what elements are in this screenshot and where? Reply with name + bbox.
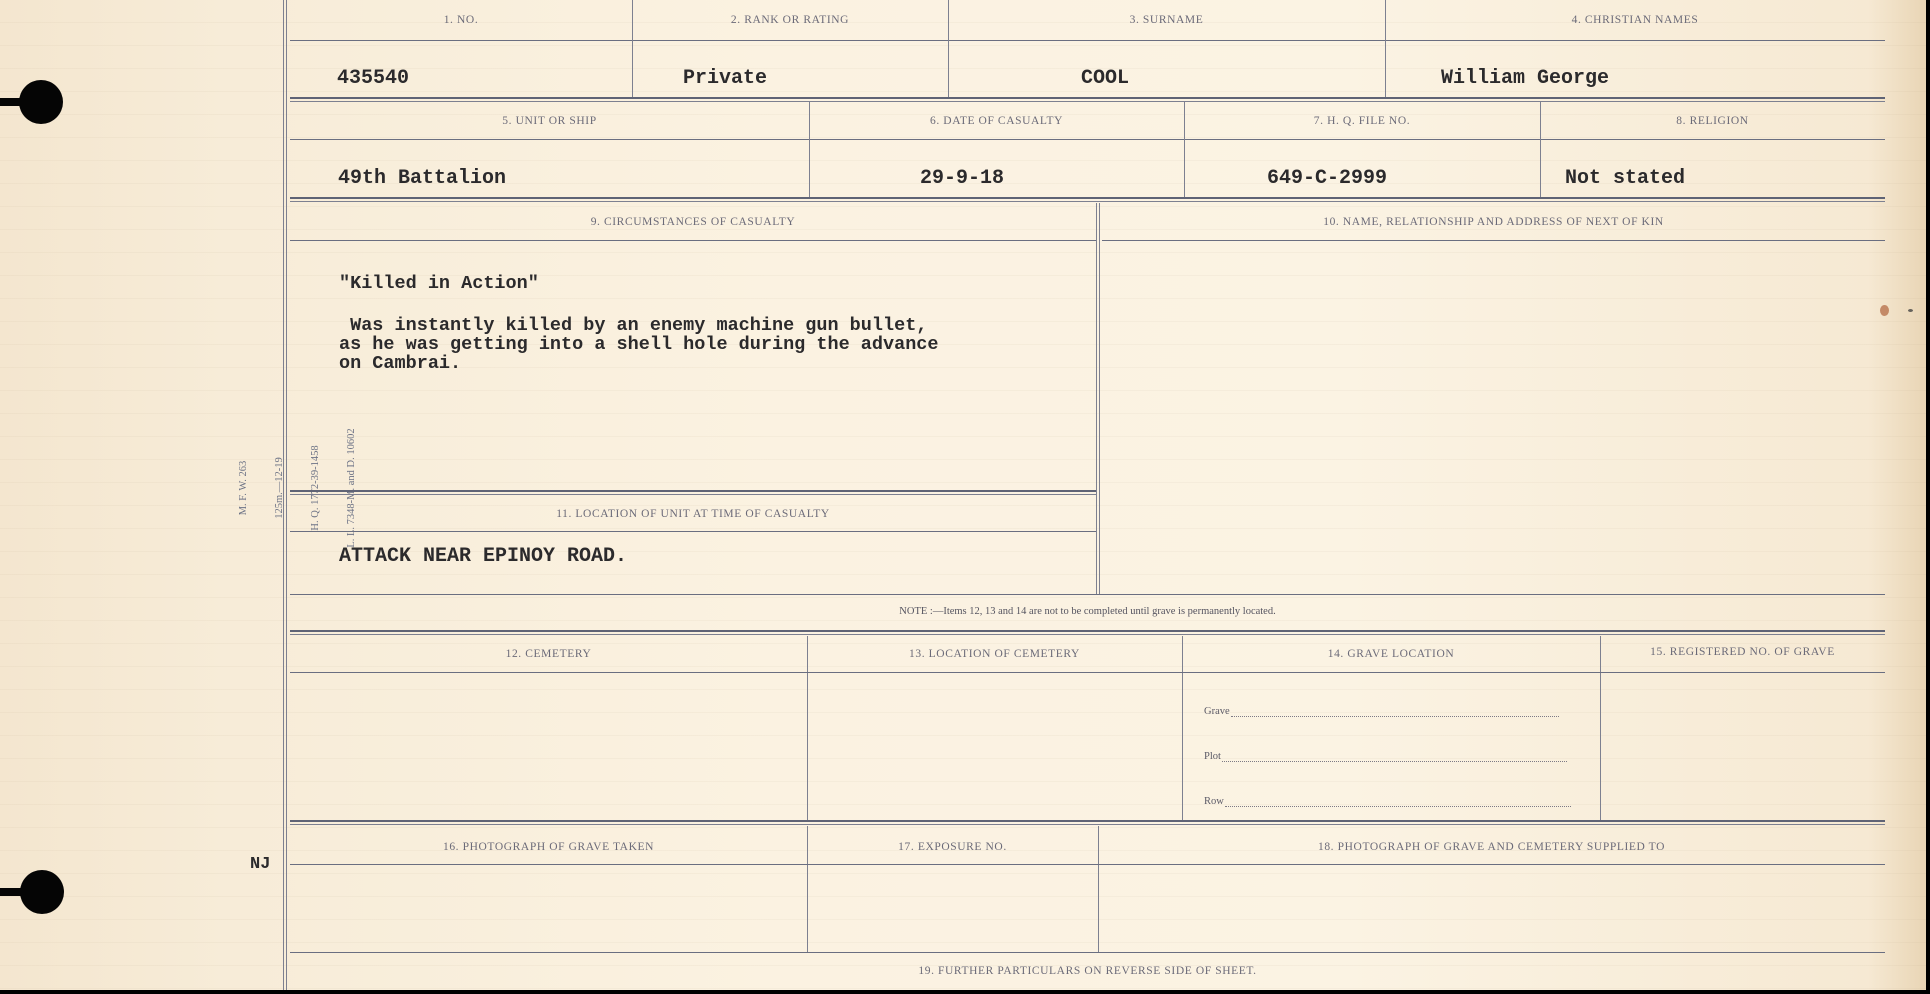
field-value-religion: Not stated — [1565, 167, 1685, 190]
form-left-border — [283, 0, 287, 990]
circumstances-text: Was instantly killed by an enemy machine… — [339, 316, 939, 373]
binder-hole-bottom — [20, 870, 64, 914]
field-label-cemetery: 12. CEMETERY — [290, 648, 807, 660]
divider — [1102, 240, 1885, 241]
field-label-unit: 5. UNIT OR SHIP — [290, 115, 809, 127]
field-label-location-of-cemetery: 13. LOCATION OF CEMETERY — [807, 648, 1182, 660]
field-label-location-of-unit: 11. LOCATION OF UNIT AT TIME OF CASUALTY — [290, 508, 1096, 520]
paper-stain — [1908, 309, 1913, 312]
grave-line: Grave — [1204, 706, 1559, 717]
plot-line: Plot — [1204, 751, 1567, 762]
divider — [290, 672, 1885, 673]
grave-line-label: Grave — [1204, 706, 1230, 717]
field-label-circumstances: 9. CIRCUMSTANCES OF CASUALTY — [290, 216, 1096, 228]
field-label-religion: 8. RELIGION — [1540, 115, 1885, 127]
divider — [290, 97, 1885, 102]
divider — [290, 139, 1885, 140]
field-value-location-of-unit: ATTACK NEAR EPINOY ROAD. — [339, 545, 627, 568]
casualty-card: M. F. W. 263 125m.—12-19 H. Q. 1772-39-1… — [0, 0, 1926, 990]
field-label-next-of-kin: 10. NAME, RELATIONSHIP AND ADDRESS OF NE… — [1102, 216, 1885, 228]
field-label-photo-taken: 16. PHOTOGRAPH OF GRAVE TAKEN — [290, 841, 807, 853]
field-value-rank: Private — [683, 67, 767, 90]
footer-reverse-side: 19. FURTHER PARTICULARS ON REVERSE SIDE … — [290, 965, 1885, 977]
divider — [290, 864, 1885, 865]
divider — [290, 240, 1096, 241]
divider — [807, 636, 808, 822]
divider — [290, 820, 1885, 825]
row-dotted-field[interactable] — [1225, 797, 1571, 807]
field-label-surname: 3. SURNAME — [948, 14, 1385, 26]
field-value-number: 435540 — [337, 67, 409, 90]
field-label-rank: 2. RANK OR RATING — [632, 14, 948, 26]
divider — [290, 594, 1885, 595]
field-value-date-of-casualty: 29-9-18 — [920, 167, 1004, 190]
field-label-date-of-casualty: 6. DATE OF CASUALTY — [809, 115, 1184, 127]
field-label-photo-supplied-to: 18. PHOTOGRAPH OF GRAVE AND CEMETERY SUP… — [1098, 841, 1885, 853]
plot-line-label: Plot — [1204, 751, 1221, 762]
divider — [290, 630, 1885, 635]
completion-note: NOTE :—Items 12, 13 and 14 are not to be… — [290, 606, 1885, 617]
paper-stain — [1880, 305, 1889, 316]
field-value-hq-file-no: 649-C-2999 — [1267, 167, 1387, 190]
field-label-grave-location: 14. GRAVE LOCATION — [1182, 648, 1600, 660]
field-value-christian-names: William George — [1441, 67, 1609, 90]
grave-dotted-field[interactable] — [1231, 707, 1559, 717]
divider — [1600, 636, 1601, 822]
field-label-hq-file-no: 7. H. Q. FILE NO. — [1184, 115, 1540, 127]
divider — [1096, 203, 1100, 594]
field-value-unit: 49th Battalion — [338, 167, 506, 190]
form-code-line: M. F. W. 263 — [238, 410, 250, 566]
divider — [290, 490, 1096, 495]
divider — [1182, 636, 1183, 822]
field-value-surname: COOL — [1081, 67, 1129, 90]
form-code-line: L. L. 7348-M. and D. 10602 — [346, 410, 358, 566]
divider — [290, 531, 1096, 532]
binder-hole-top — [19, 80, 63, 124]
divider — [290, 197, 1885, 202]
field-label-exposure-no: 17. EXPOSURE NO. — [807, 841, 1098, 853]
field-label-christian-names: 4. CHRISTIAN NAMES — [1385, 14, 1885, 26]
row-line: Row — [1204, 796, 1571, 807]
field-label-registered-no: 15. REGISTERED NO. OF GRAVE — [1600, 646, 1885, 658]
field-label-number: 1. NO. — [290, 14, 632, 26]
margin-initials: NJ — [250, 855, 270, 874]
divider — [290, 952, 1885, 953]
form-code-vertical: M. F. W. 263 125m.—12-19 H. Q. 1772-39-1… — [214, 410, 382, 566]
row-line-label: Row — [1204, 796, 1224, 807]
divider — [290, 40, 1885, 41]
form-code-line: H. Q. 1772-39-1458 — [310, 410, 322, 566]
plot-dotted-field[interactable] — [1222, 752, 1567, 762]
circumstances-heading: "Killed in Action" — [339, 274, 539, 293]
